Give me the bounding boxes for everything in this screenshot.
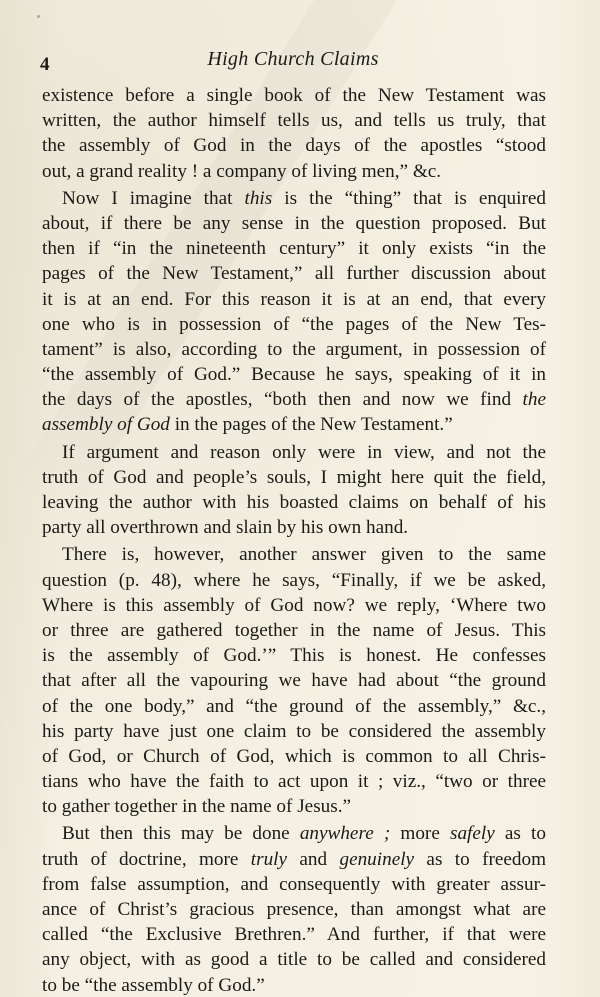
text-run: his party have just one claim to be cons… — [42, 721, 546, 742]
text-line: truth of God and people’s souls, I might… — [42, 465, 546, 490]
text-run: pages of the New Testament,” all further… — [42, 263, 546, 284]
italic-text: truly — [251, 849, 287, 870]
text-run: is the “thing” that is enquired — [272, 188, 546, 209]
text-run: and — [287, 849, 339, 870]
text-line: his party have just one claim to be cons… — [42, 719, 546, 744]
italic-text: genuinely — [339, 849, 414, 870]
text-run: tament” is also, according to the argume… — [42, 339, 546, 360]
text-run: of the one body,” and “the ground of the… — [42, 696, 546, 717]
text-run: more — [390, 823, 450, 844]
paragraph: existence before a single book of the Ne… — [42, 83, 546, 184]
text-run: one who is in possession of “the pages o… — [42, 314, 546, 335]
book-page: 4 High Church Claims existence before a … — [0, 0, 600, 997]
text-line: If argument and reason only were in view… — [42, 440, 546, 465]
paragraph: There is, however, another answer given … — [42, 542, 546, 819]
text-line: pages of the New Testament,” all further… — [42, 261, 546, 286]
italic-text: safely — [450, 823, 495, 844]
text-line: about, if there be any sense in the ques… — [42, 211, 546, 236]
text-run: that after all the vapouring we have had… — [42, 670, 546, 691]
paragraph: Now I imagine that this is the “thing” t… — [42, 186, 546, 438]
text-line: truth of doctrine, more truly and genuin… — [42, 847, 546, 872]
text-run: leaving the author with his boasted clai… — [42, 492, 546, 513]
paper-speck — [37, 15, 40, 18]
text-line: to be “the assembly of God.” — [42, 973, 546, 997]
running-title: High Church Claims — [40, 48, 546, 71]
text-run: Where is this assembly of God now? we re… — [42, 595, 546, 616]
text-run: If argument and reason only were in view… — [62, 442, 546, 463]
text-run: called “the Exclusive Brethren.” And fur… — [42, 924, 546, 945]
text-line: question (p. 48), where he says, “Finall… — [42, 568, 546, 593]
text-line: leaving the author with his boasted clai… — [42, 490, 546, 515]
text-run: to gather together in the name of Jesus.… — [42, 796, 351, 817]
text-run: party all overthrown and slain by his ow… — [42, 517, 408, 538]
text-run: is the assembly of God.’” This is honest… — [42, 645, 546, 666]
text-run: then if “in the nineteenth century” it o… — [42, 238, 546, 259]
text-line: called “the Exclusive Brethren.” And fur… — [42, 922, 546, 947]
text-run: out, a grand reality ! a company of livi… — [42, 161, 441, 182]
paragraph: If argument and reason only were in view… — [42, 440, 546, 541]
text-line: written, the author himself tells us, an… — [42, 108, 546, 133]
text-line: Now I imagine that this is the “thing” t… — [42, 186, 546, 211]
paragraph: But then this may be done anywhere ; mor… — [42, 821, 546, 997]
text-run: question (p. 48), where he says, “Finall… — [42, 570, 546, 591]
text-run: it is at an end. For this reason it is a… — [42, 289, 546, 310]
text-line: any object, with as good a title to be c… — [42, 947, 546, 972]
text-run: or three are gathered together in the na… — [42, 620, 546, 641]
text-run: written, the author himself tells us, an… — [42, 110, 546, 131]
text-line: tament” is also, according to the argume… — [42, 337, 546, 362]
text-run: the days of the apostles, “both then and… — [42, 389, 523, 410]
text-line: then if “in the nineteenth century” it o… — [42, 236, 546, 261]
page-header: 4 High Church Claims — [40, 48, 546, 78]
text-run: truth of God and people’s souls, I might… — [42, 467, 546, 488]
text-run: of God, or Church of God, which is commo… — [42, 746, 546, 767]
text-run: tians who have the faith to act upon it … — [42, 771, 546, 792]
text-line: the assembly of God in the days of the a… — [42, 133, 546, 158]
text-line: that after all the vapouring we have had… — [42, 668, 546, 693]
text-run: as to freedom — [414, 849, 546, 870]
text-run: the assembly of God in the days of the a… — [42, 135, 546, 156]
text-run: in the pages of the New Testament.” — [170, 414, 453, 435]
text-line: party all overthrown and slain by his ow… — [42, 515, 546, 540]
text-run: to be “the assembly of God.” — [42, 975, 265, 996]
body-text: existence before a single book of the Ne… — [42, 83, 546, 997]
text-line: of the one body,” and “the ground of the… — [42, 694, 546, 719]
text-line: one who is in possession of “the pages o… — [42, 312, 546, 337]
text-line: existence before a single book of the Ne… — [42, 83, 546, 108]
italic-text: this — [245, 188, 273, 209]
text-line: out, a grand reality ! a company of livi… — [42, 159, 546, 184]
text-run: Now I imagine that — [62, 188, 245, 209]
text-line: “the assembly of God.” Because he says, … — [42, 362, 546, 387]
text-line: Where is this assembly of God now? we re… — [42, 593, 546, 618]
text-run: from false assumption, and consequently … — [42, 874, 546, 895]
text-line: tians who have the faith to act upon it … — [42, 769, 546, 794]
text-line: it is at an end. For this reason it is a… — [42, 287, 546, 312]
text-line: the days of the apostles, “both then and… — [42, 387, 546, 412]
text-line: or three are gathered together in the na… — [42, 618, 546, 643]
text-line: from false assumption, and consequently … — [42, 872, 546, 897]
text-line: There is, however, another answer given … — [42, 542, 546, 567]
text-line: to gather together in the name of Jesus.… — [42, 794, 546, 819]
text-run: “the assembly of God.” Because he says, … — [42, 364, 546, 385]
text-line: is the assembly of God.’” This is honest… — [42, 643, 546, 668]
text-run: as to — [495, 823, 546, 844]
text-line: ance of Christ’s gracious presence, than… — [42, 897, 546, 922]
text-run: But then this may be done — [62, 823, 300, 844]
text-run: There is, however, another answer given … — [62, 544, 546, 565]
text-run: truth of doctrine, more — [42, 849, 251, 870]
text-run: about, if there be any sense in the ques… — [42, 213, 546, 234]
text-line: But then this may be done anywhere ; mor… — [42, 821, 546, 846]
italic-text: assembly of God — [42, 414, 170, 435]
text-line: assembly of God in the pages of the New … — [42, 412, 546, 437]
text-run: existence before a single book of the Ne… — [42, 85, 546, 106]
italic-text: anywhere ; — [300, 823, 390, 844]
italic-text: the — [523, 389, 546, 410]
text-run: any object, with as good a title to be c… — [42, 949, 546, 970]
text-run: ance of Christ’s gracious presence, than… — [42, 899, 546, 920]
text-line: of God, or Church of God, which is commo… — [42, 744, 546, 769]
